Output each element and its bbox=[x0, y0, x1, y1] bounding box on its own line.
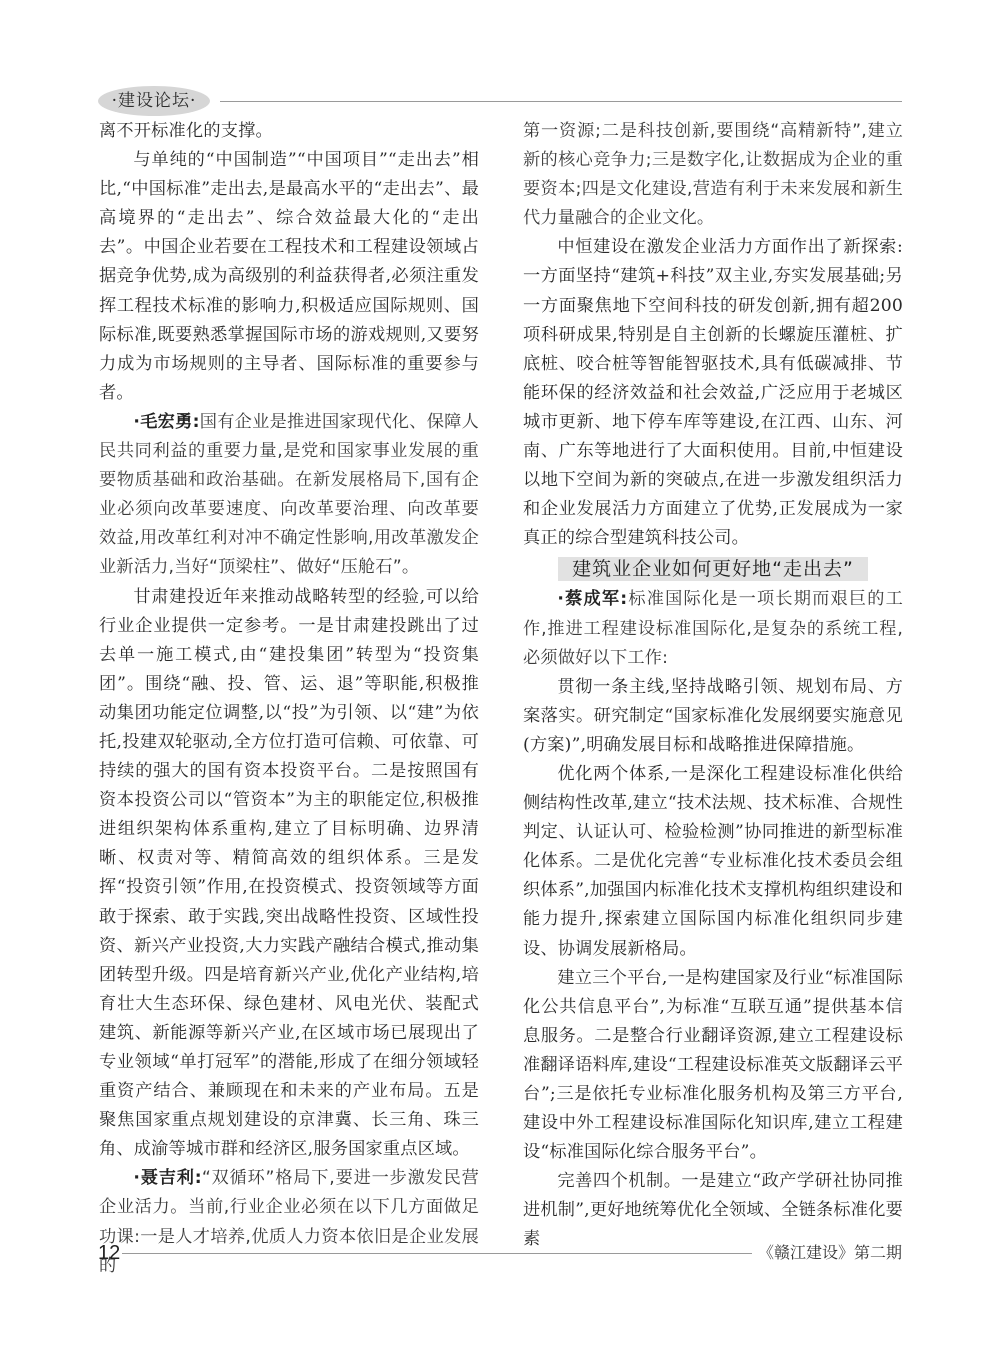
page-header: ·建设论坛· bbox=[98, 86, 902, 118]
page-number: 12 bbox=[98, 1242, 120, 1264]
paragraph: 中恒建设在激发企业活力方面作出了新探索:一方面坚持“建筑+科技”双主业,夯实发展… bbox=[523, 233, 903, 553]
paragraph: 建立三个平台,一是构建国家及行业“标准国际化公共信息平台”,为标准“互联互通”提… bbox=[523, 964, 903, 1168]
paragraph: 甘肃建投近年来推动战略转型的经验,可以给行业企业提供一定参考。一是甘肃建投跳出了… bbox=[99, 583, 479, 1165]
paragraph: 贯彻一条主线,坚持战略引领、规划布局、方案落实。研究制定“国家标准化发展纲要实施… bbox=[523, 673, 903, 760]
journal-name: 《赣江建设》第二期 bbox=[758, 1242, 902, 1264]
section-badge: ·建设论坛· bbox=[98, 86, 210, 116]
section-heading: 建筑业企业如何更好地“走出去” bbox=[523, 557, 903, 581]
footer-divider bbox=[122, 1253, 752, 1254]
speaker-paragraph-cai: ·蔡成军:标准国际化是一项长期而艰巨的工作,推进工程建设标准国际化,是复杂的系统… bbox=[523, 585, 903, 672]
header-divider bbox=[220, 101, 902, 102]
paragraph: 优化两个体系,一是深化工程建设标准化供给侧结构性改革,建立“技术法规、技术标准、… bbox=[523, 760, 903, 964]
speaker-paragraph-mao: ·毛宏勇:国有企业是推进国家现代化、保障人民共同利益的重要力量,是党和国家事业发… bbox=[99, 408, 479, 583]
paragraph: 第一资源;二是科技创新,要围绕“高精新特”,建立新的核心竞争力;三是数字化,让数… bbox=[523, 117, 903, 233]
speaker-name: ·聂吉利: bbox=[133, 1168, 201, 1188]
speaker-name: ·毛宏勇: bbox=[133, 412, 199, 432]
paragraph: 与单纯的“中国制造”“中国项目”“走出去”相比,“中国标准”走出去,是最高水平的… bbox=[99, 146, 479, 408]
section-heading-text: 建筑业企业如何更好地“走出去” bbox=[558, 557, 868, 581]
paragraph: 离不开标准化的支撑。 bbox=[99, 117, 479, 146]
page-footer: 12 《赣江建设》第二期 bbox=[98, 1242, 902, 1266]
speaker-name: ·蔡成军: bbox=[557, 589, 627, 609]
right-column: 第一资源;二是科技创新,要围绕“高精新特”,建立新的核心竞争力;三是数字化,让数… bbox=[523, 117, 903, 1255]
paragraph-text: 国有企业是推进国家现代化、保障人民共同利益的重要力量,是党和国家事业发展的重要物… bbox=[99, 412, 479, 577]
left-column: 离不开标准化的支撑。 与单纯的“中国制造”“中国项目”“走出去”相比,“中国标准… bbox=[99, 117, 479, 1281]
